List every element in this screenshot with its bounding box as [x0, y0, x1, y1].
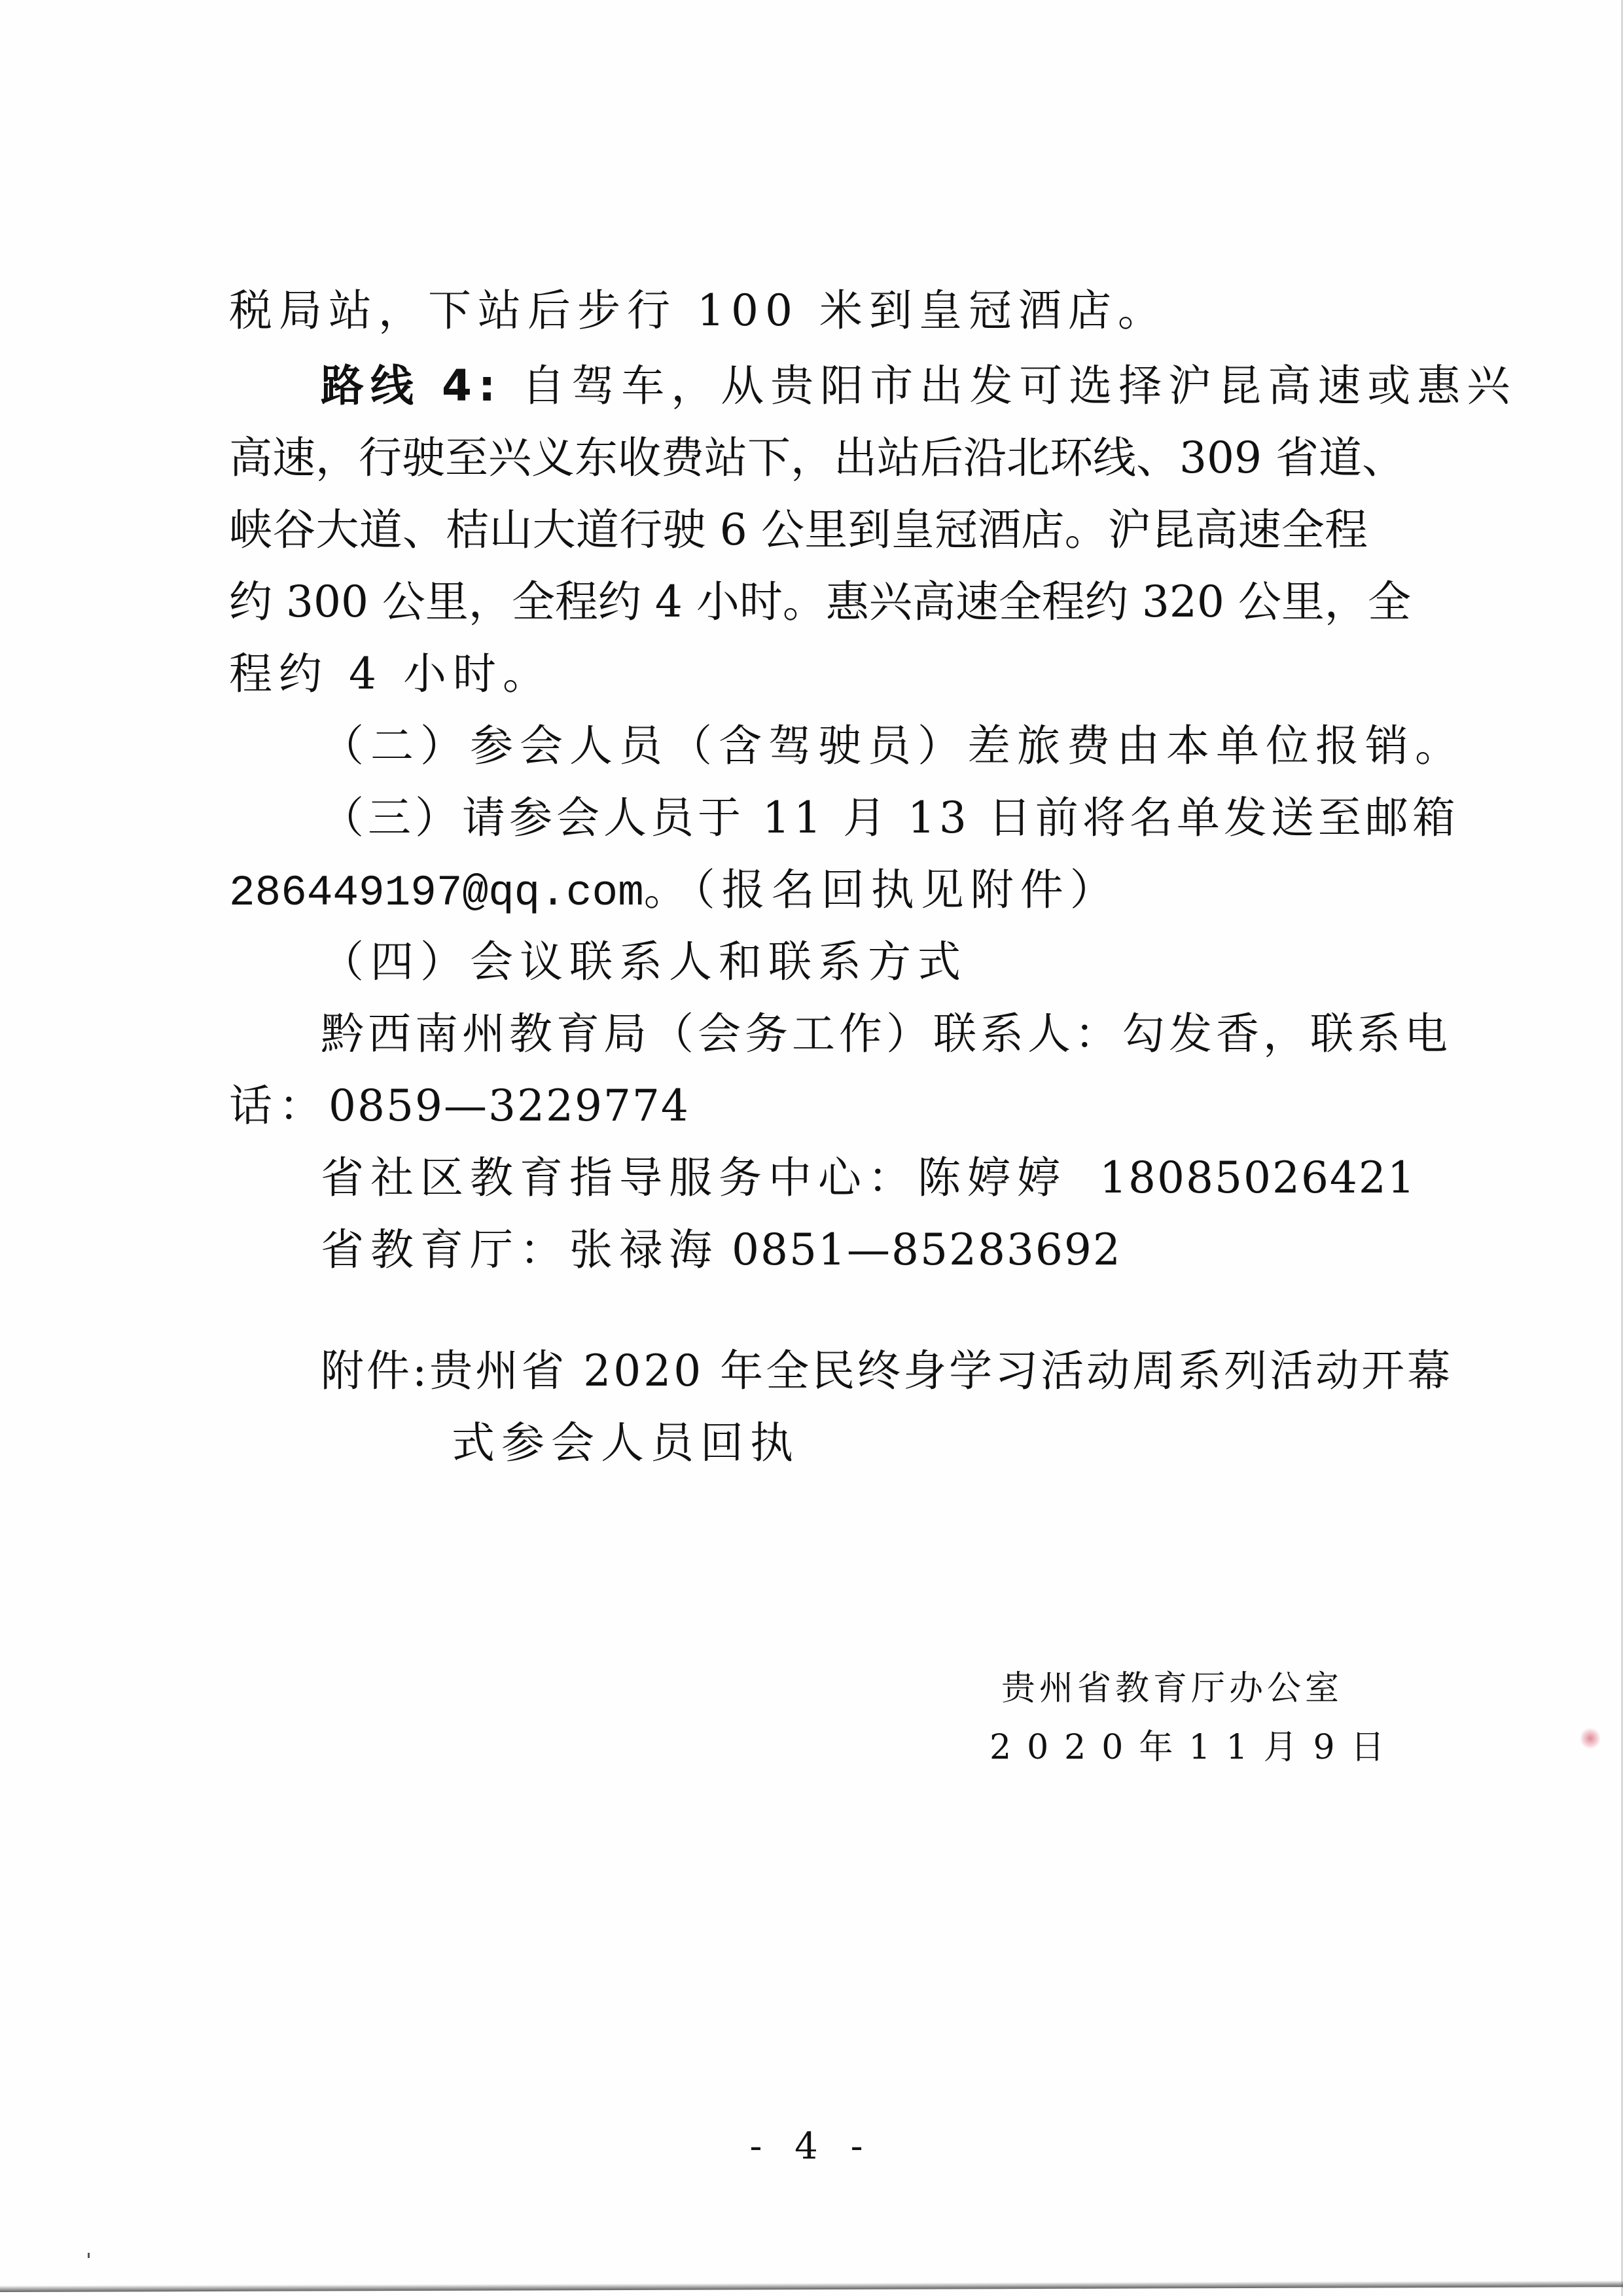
contact-2-name: 陈婷婷	[918, 1153, 1067, 1203]
page-number: - 4 -	[0, 2121, 1623, 2173]
contact-2-org: 省社区教育指导服务中心：	[321, 1153, 918, 1203]
route4-line-4: 约 300 公里，全程约 4 小时。惠兴高速全程约 320 公里，全	[229, 569, 1368, 635]
official-seal-fragment	[1580, 1728, 1600, 1749]
attachment-title-part-1: 贵州省 2020 年全民终身学习活动周系列活动开幕	[429, 1346, 1453, 1396]
contact-3-name: 张禄海	[569, 1225, 719, 1275]
signature-date: 2020年11月9日	[990, 1721, 1400, 1774]
contact-1-phone-label: 话：	[229, 1081, 329, 1131]
item3-line-2: 286449197@qq.com。（报名回执见附件）	[229, 857, 1120, 923]
route3-tail-paragraph: 税局站，下站后步行 100 米到皇冠酒店。	[229, 278, 1168, 344]
document-page: 税局站，下站后步行 100 米到皇冠酒店。 路线 4: 自驾车，从贵阳市出发可选…	[0, 0, 1623, 2296]
registration-email[interactable]: 286449197@qq.com	[229, 869, 644, 918]
attachment-title-part-2: 式参会人员回执	[452, 1410, 800, 1476]
route4-label: 路线 4:	[321, 353, 502, 419]
attachment-line-1: 附件:贵州省 2020 年全民终身学习活动周系列活动开幕	[321, 1338, 1453, 1404]
item4-heading: （四）会议联系人和联系方式	[321, 929, 967, 995]
contact-2: 省社区教育指导服务中心：陈婷婷18085026421	[321, 1145, 1416, 1211]
route4-line-2: 高速，行驶至兴义东收费站下，出站后沿北环线、309 省道、	[229, 425, 1368, 491]
scan-speck	[88, 2253, 90, 2258]
item2-paragraph: （二）参会人员（含驾驶员）差旅费由本单位报销。	[321, 713, 1465, 779]
route4-line-3: 峡谷大道、桔山大道行驶 6 公里到皇冠酒店。沪昆高速全程	[229, 497, 1368, 563]
attachment-label: 附件:	[321, 1346, 429, 1396]
contact-3-phone: 0851—85283692	[732, 1225, 1122, 1275]
contact-3-org: 省教育厅：	[321, 1225, 569, 1275]
route4-line-1: 自驾车，从贵阳市出发可选择沪昆高速或惠兴	[522, 353, 1516, 419]
route4-line-5: 程约 4 小时。	[229, 641, 552, 707]
signature-organization: 贵州省教育厅办公室	[1001, 1662, 1343, 1715]
contact-1-line-2: 话：0859—3229774	[229, 1073, 690, 1139]
contact-1-phone: 0859—3229774	[329, 1081, 690, 1131]
contact-2-phone: 18085026421	[1099, 1153, 1416, 1203]
item3-line-2-rest: 。（报名回执见附件）	[644, 865, 1120, 915]
contact-3: 省教育厅：张禄海0851—85283692	[321, 1217, 1122, 1283]
contact-1-line-1: 黔西南州教育局（会务工作）联系人：勾发香，联系电	[321, 1001, 1452, 1067]
scan-edge-bottom	[0, 2280, 1623, 2292]
route4-first-line: 路线 4: 自驾车，从贵阳市出发可选择沪昆高速或惠兴	[321, 353, 1368, 419]
item3-line-1: （三）请参会人员于 11 月 13 日前将名单发送至邮箱	[321, 785, 1459, 851]
